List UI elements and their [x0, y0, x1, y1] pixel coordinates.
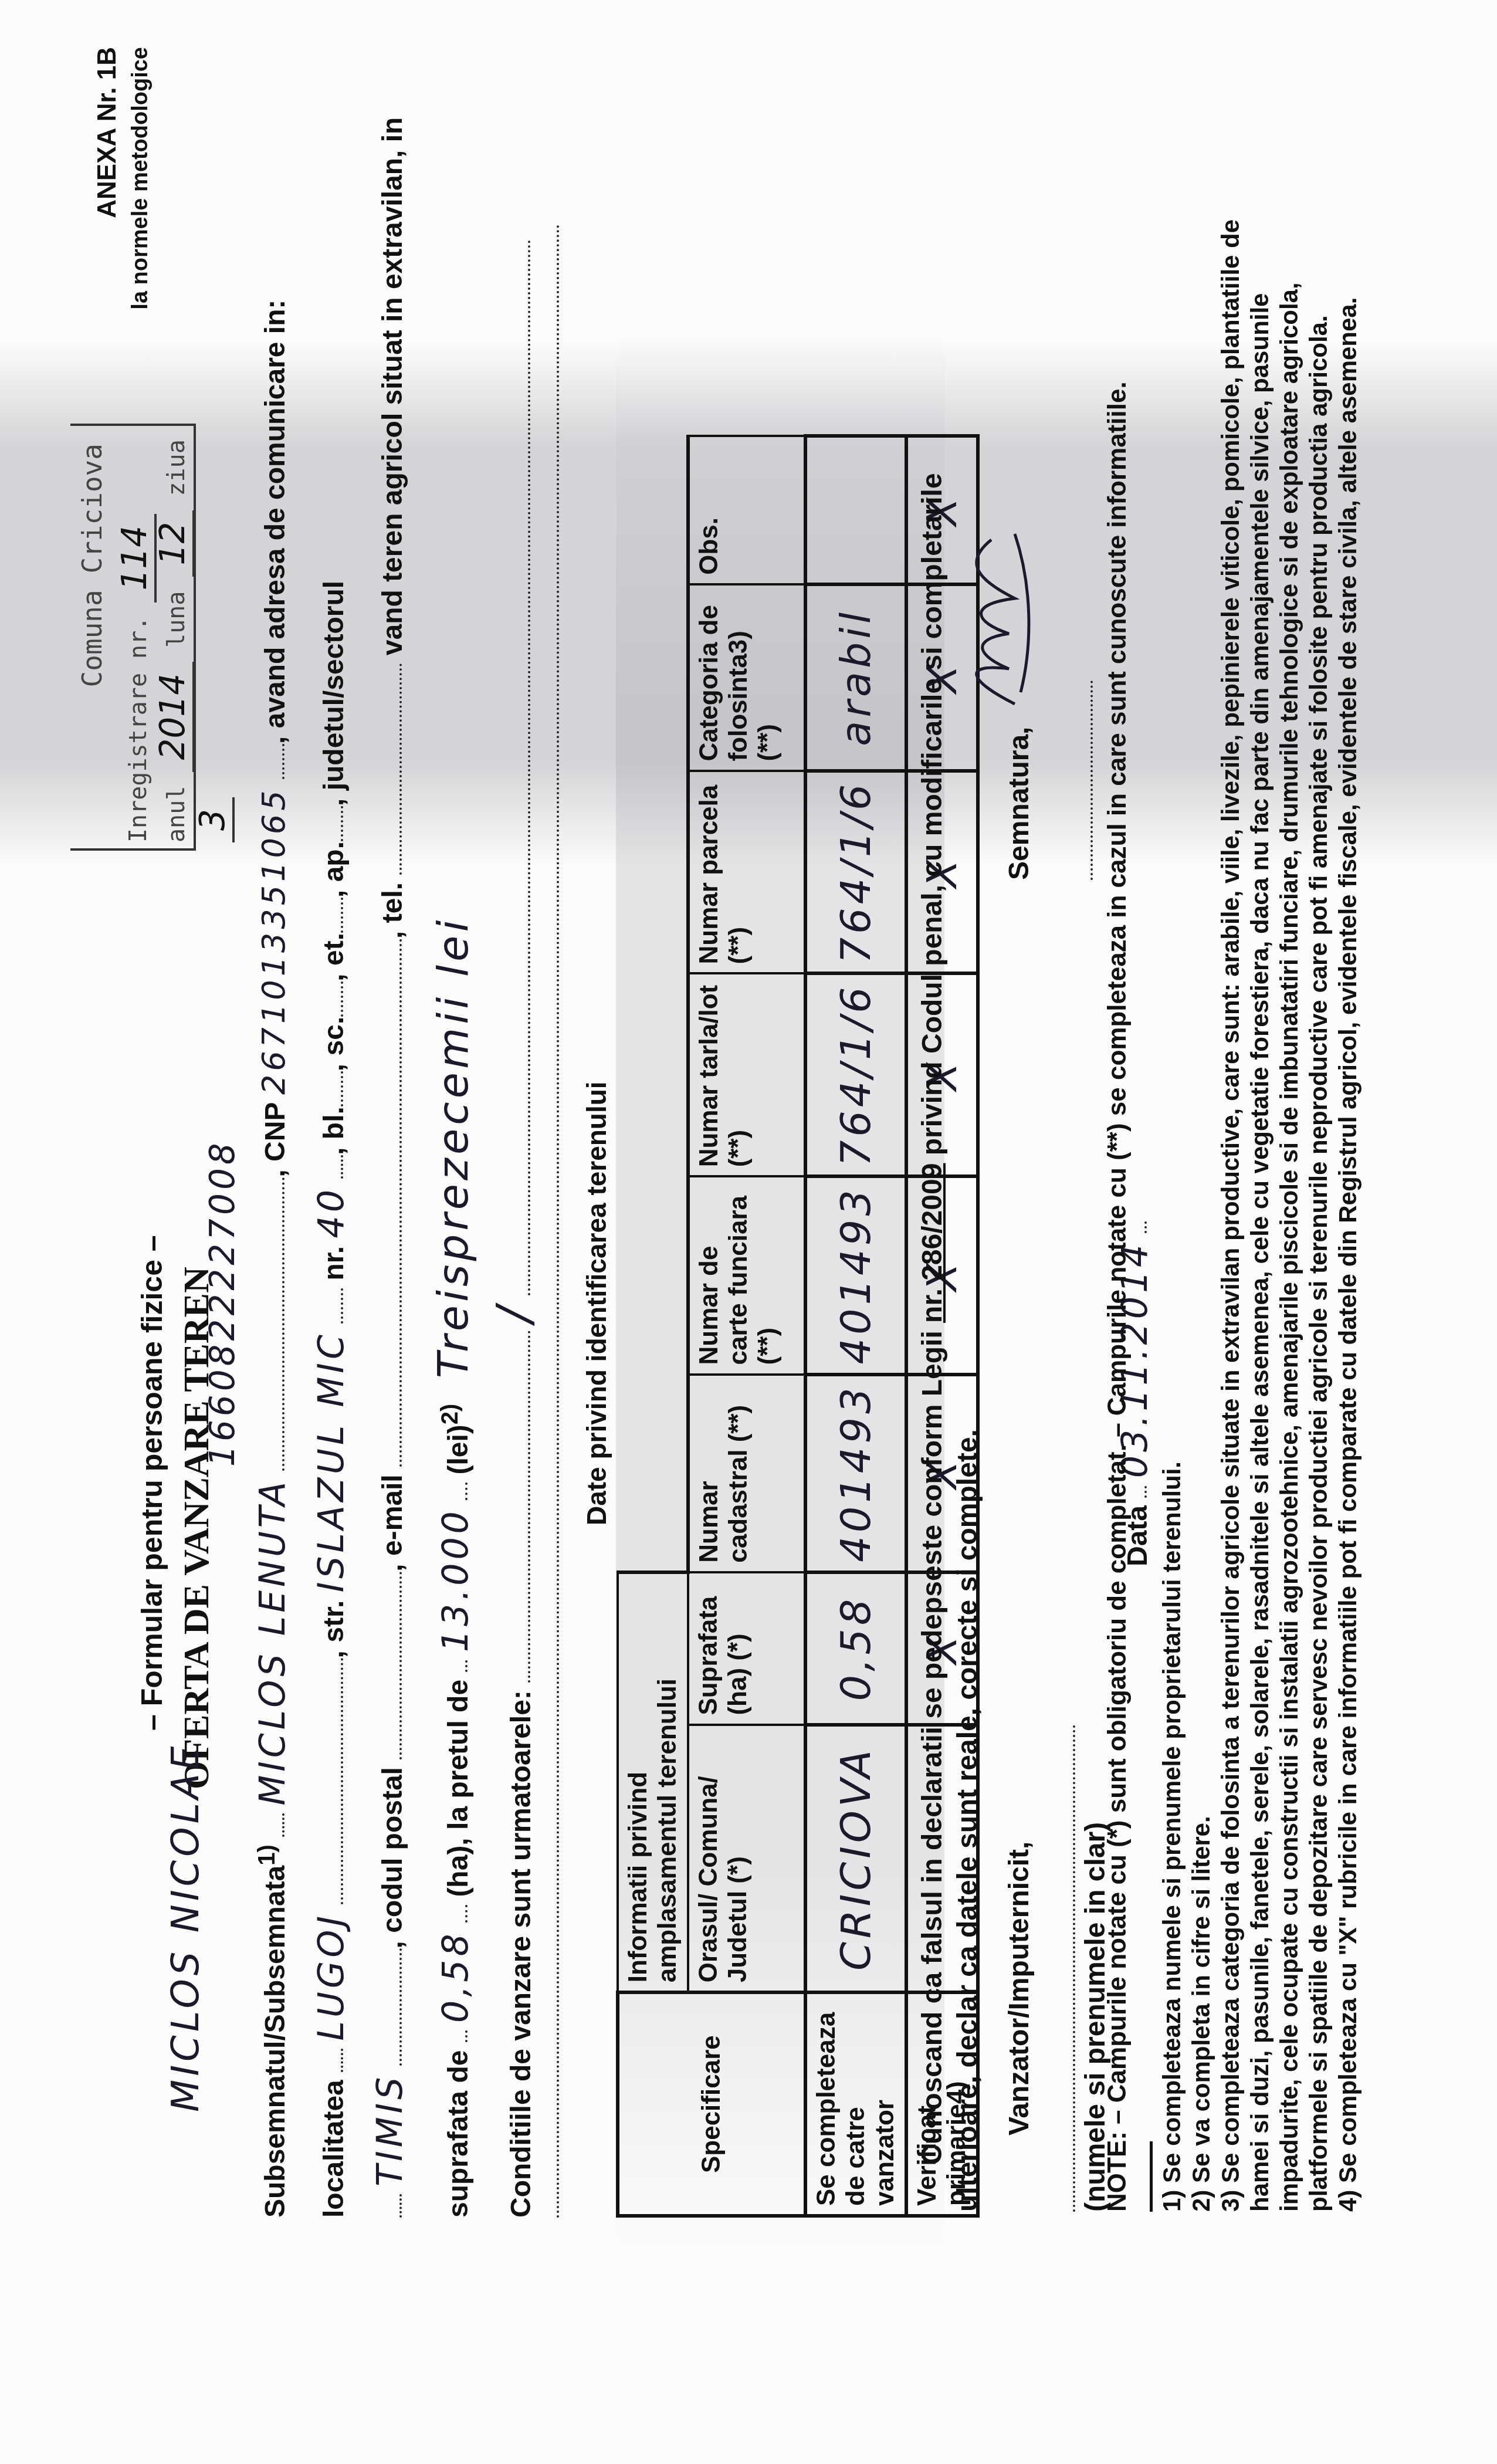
cnp-label: CNP: [260, 1102, 291, 1161]
suprafata-value: 0,58: [435, 1930, 476, 2023]
law-reference: nr. 286/2009: [917, 1163, 948, 1323]
note-required: – Campurile notate cu (*) sunt obligator…: [1103, 1444, 1132, 2124]
cell-cadastral: 401493: [805, 1375, 906, 1572]
stamp-month-value: 12: [153, 510, 195, 577]
col-header-tarla: Numar tarla/lot (**): [688, 973, 805, 1176]
vand-label: vand teren agricol situat in extravilan,…: [377, 117, 408, 656]
address-line: localitatea LUGOJ , str. ISLAZUL MIC nr.…: [311, 581, 352, 2218]
localitatea-value: LUGOJ: [311, 1913, 352, 2041]
location-group-header: Informatii privind amplasamentul terenul…: [618, 1572, 688, 1993]
price-line: suprafata de 0,58 (ha), la pretul de 13.…: [428, 917, 477, 2218]
street-label: str.: [319, 1600, 350, 1643]
cell-categoria: arabil: [805, 584, 906, 771]
cell-tarla: 764/1/6: [805, 973, 906, 1176]
registration-stamp: Comuna Criciova Inregistrare nr. 114 anu…: [70, 424, 196, 851]
cell-obs: [805, 436, 906, 584]
address-label: avand adresa de comunicare in:: [260, 299, 291, 728]
scanned-form-page: ANEXA Nr. 1B la normele metodologice Com…: [0, 0, 1497, 2464]
ha-label: (ha), la pretul de: [443, 1680, 474, 1897]
cod-postal-label: codul postal: [377, 1767, 408, 1933]
col-header-localitate: Orasul/ Comuna/ Judetul (*): [688, 1725, 805, 1993]
judet-label: judetul/sectorul: [319, 581, 350, 790]
declaration-part-1: Cunoscand ca falsul in declaratii se ped…: [917, 1331, 948, 2165]
tel-label: tel.: [377, 882, 408, 923]
cell-suprafata: 0,58: [805, 1572, 906, 1725]
ap-label: ap.: [319, 841, 350, 882]
judet-value: TIMIS: [370, 2074, 411, 2187]
contact-line: TIMIS , codul postal , e-mail , tel. van…: [370, 117, 411, 2218]
notes-section: NOTE: – Campurile notate cu (*) sunt obl…: [1103, 188, 1363, 2212]
handwritten-signature: [944, 522, 1038, 716]
email-label: e-mail: [377, 1474, 408, 1556]
footnote-ref: 2): [437, 1404, 463, 1425]
form-type: – Formular pentru persoane fizice –: [135, 1235, 169, 1731]
col-header-obs: Obs.: [688, 436, 805, 584]
nr-value: 40: [311, 1186, 352, 1238]
col-header-categoria: Categoria de folosinta3) (**): [688, 584, 805, 771]
footnote-1: 1) Se completeaza numele si prenumele pr…: [1157, 188, 1187, 2212]
stamp-date-row: anul 2014 luna 12 ziua 3: [153, 426, 232, 842]
bl-label: bl.: [319, 1106, 350, 1139]
seller-name-1: MICLOS NICOLAE: [164, 1743, 208, 2113]
conditii-label: Conditiile de vanzare sunt urmatoarele:: [506, 1690, 537, 2218]
stamp-number-label: Inregistrare nr.: [125, 617, 152, 842]
stamp-day-label: ziua: [163, 439, 190, 496]
footnote-ref: 1): [254, 1844, 280, 1866]
cell-carte-funciara: 401493: [805, 1176, 906, 1374]
signature-label: Semnatura,: [1003, 727, 1035, 880]
header-spacer: [618, 436, 688, 1572]
stamp-month-label: luna: [163, 591, 190, 648]
col-header-specificare: Specificare: [618, 1992, 805, 2216]
nr-label: nr.: [319, 1246, 350, 1281]
annex-subtitle: la normele metodologice: [124, 47, 157, 375]
pret-value: 13.000: [435, 1508, 476, 1652]
col-header-parcela: Numar parcela (**): [688, 771, 805, 974]
et-label: et.: [319, 933, 350, 966]
seller-name-2: MICLOS LENUTA: [252, 1478, 293, 1806]
seller-label: Vanzator/Imputernicit,: [1003, 1842, 1035, 2135]
notes-title: NOTE:: [1103, 2131, 1132, 2212]
cell-parcela: 764/1/6: [805, 771, 906, 974]
conditions-line-2: [534, 223, 566, 2218]
lei-label: (lei): [443, 1424, 474, 1474]
section-title: Date privind identificarea terenului: [581, 1081, 612, 1525]
col-header-carte-funciara: Numar de carte funciara (**): [688, 1176, 805, 1374]
footnote-4: 4) Se completeaza cu "X" rubricile in ca…: [1333, 188, 1363, 2212]
localitatea-label: localitatea: [319, 2080, 350, 2218]
annex-title: ANEXA Nr. 1B: [91, 47, 124, 375]
signature-dotted-line: [1068, 681, 1100, 880]
footnote-divider: [1150, 2141, 1153, 2212]
stamp-year-label: anul: [163, 786, 190, 842]
seller-line: Subsemnatul/Subsemnata1) MICLOS LENUTA ,…: [252, 299, 293, 2218]
table-row: Se completeaza de catre vanzator CRICIOV…: [805, 436, 906, 2216]
sc-label: sc.: [319, 1017, 350, 1056]
subsemnatul-label: Subsemnatul/Subsemnata: [260, 1866, 291, 2218]
footnote-2: 2) Se va completa in cifre si litere.: [1187, 188, 1216, 2212]
suprafata-label: suprafata de: [443, 2050, 474, 2218]
pret-litere: Treisprezecemii lei: [428, 917, 477, 1396]
stamp-day-value: 3: [192, 797, 235, 842]
footnote-3: 3) Se completeaza categoria de folosinta…: [1216, 188, 1333, 2212]
street-value: ISLAZUL MIC: [311, 1331, 352, 1592]
note-optional: – Campurile notate cu (**) se completeaz…: [1103, 381, 1132, 1437]
annex-header: ANEXA Nr. 1B la normele metodologice: [91, 47, 157, 375]
row-label-vanzator: Se completeaza de catre vanzator: [805, 1992, 906, 2216]
col-header-cadastral: Numar cadastral (**): [688, 1375, 805, 1572]
notes-main: NOTE: – Campurile notate cu (*) sunt obl…: [1103, 188, 1132, 2212]
stamp-institution: Comuna Criciova: [76, 444, 108, 687]
stamp-year-value: 2014: [153, 662, 195, 772]
col-header-suprafata: Suprafata (ha) (*): [688, 1572, 805, 1725]
stamp-number-value: 114: [114, 514, 157, 603]
name-dotted-line: [1050, 1725, 1082, 2212]
stamp-number-row: Inregistrare nr. 114: [114, 514, 154, 842]
cell-localitate: CRICIOVA: [805, 1725, 906, 1993]
cnp-2: 2671013351065: [255, 787, 292, 1095]
cnp-1: 1660822227008: [202, 1139, 242, 1467]
